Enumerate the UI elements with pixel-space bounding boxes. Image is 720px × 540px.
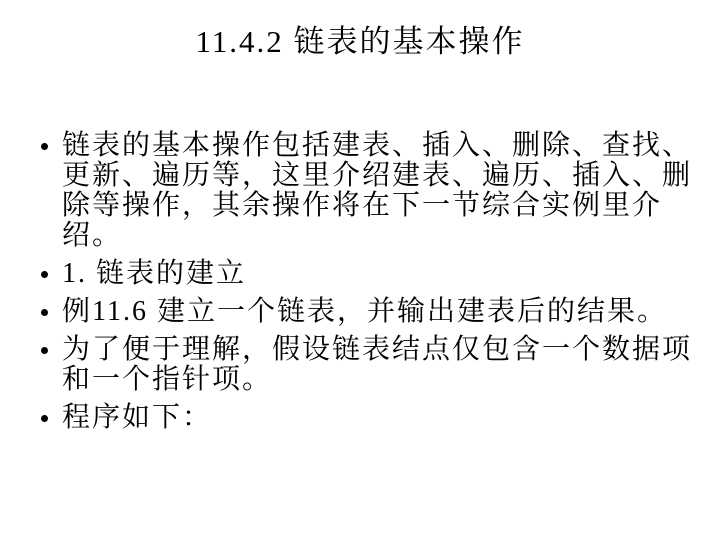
bullet-item: 例11.6 建立一个链表，并输出建表后的结果。	[62, 297, 707, 327]
bullet-text: 例11.6 建立一个链表，并输出建表后的结果。	[62, 296, 667, 327]
bullet-icon	[41, 271, 48, 278]
bullet-text: 链表的基本操作包括建表、插入、删除、查找、更新、遍历等，这里介绍建表、遍历、插入…	[62, 130, 692, 251]
bullet-icon	[41, 309, 48, 316]
bullet-icon	[41, 415, 48, 422]
bullet-text: 程序如下：	[62, 402, 212, 433]
bullet-item: 1. 链表的建立	[62, 259, 707, 289]
bullet-item: 链表的基本操作包括建表、插入、删除、查找、更新、遍历等，这里介绍建表、遍历、插入…	[62, 131, 707, 251]
slide-title: 11.4.2 链表的基本操作	[0, 0, 720, 59]
bullet-text: 1. 链表的建立	[62, 258, 246, 289]
bullet-text: 为了便于理解，假设链表结点仅包含一个数据项和一个指针项。	[62, 334, 692, 395]
bullet-icon	[41, 143, 48, 150]
bullet-list: 链表的基本操作包括建表、插入、删除、查找、更新、遍历等，这里介绍建表、遍历、插入…	[62, 131, 707, 441]
presentation-slide: 11.4.2 链表的基本操作 链表的基本操作包括建表、插入、删除、查找、更新、遍…	[0, 0, 720, 540]
bullet-item: 为了便于理解，假设链表结点仅包含一个数据项和一个指针项。	[62, 335, 707, 395]
bullet-icon	[41, 347, 48, 354]
bullet-item: 程序如下：	[62, 403, 707, 433]
